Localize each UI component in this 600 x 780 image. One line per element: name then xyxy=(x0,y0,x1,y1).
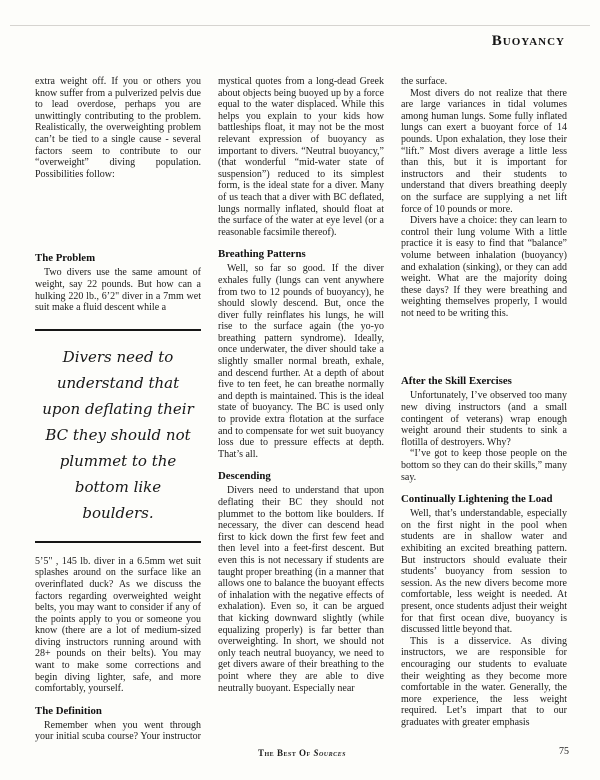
paragraph-descending: Divers need to understand that upon defl… xyxy=(218,485,384,694)
pull-quote-text: Divers need to understand that upon defl… xyxy=(42,348,194,522)
column-spacer xyxy=(401,319,567,365)
paragraph-keep-on-bottom: “I’ve got to keep those people on the bo… xyxy=(401,448,567,483)
journal-title-name: Sources xyxy=(313,748,346,758)
section-heading-breathing-patterns: Breathing Patterns xyxy=(218,248,384,261)
paragraph-remember-course: Remember when you went through your init… xyxy=(35,720,201,744)
column-left: extra weight off. If you or others you k… xyxy=(35,76,201,744)
paragraph-divers-choice: Divers have a choice: they can learn to … xyxy=(401,215,567,319)
paragraph-unfortunately: Unfortunately, I’ve observed too many ne… xyxy=(401,390,567,448)
magazine-page: Buoyancy extra weight off. If you or oth… xyxy=(0,0,600,780)
column-spacer xyxy=(35,180,201,242)
pull-quote: Divers need to understand that upon defl… xyxy=(35,329,201,543)
section-heading-lightening-the-load: Continually Lightening the Load xyxy=(401,493,567,506)
paragraph-mystical-quotes: mystical quotes from a long-dead Greek a… xyxy=(218,76,384,238)
section-heading-after-skill-exercises: After the Skill Exercises xyxy=(401,375,567,388)
paragraph-two-divers: Two divers use the same amount of weight… xyxy=(35,267,201,313)
paragraph-disservice: This is a disservice. As diving instruct… xyxy=(401,636,567,729)
article-columns: extra weight off. If you or others you k… xyxy=(35,76,569,744)
header-rule xyxy=(10,25,590,26)
section-heading-the-problem: The Problem xyxy=(35,252,201,265)
paragraph-small-diver: 5’5" , 145 lb. diver in a 6.5mm wet suit… xyxy=(35,556,201,695)
page-number: 75 xyxy=(559,746,569,757)
paragraph-tidal-volumes: Most divers do not realize that there ar… xyxy=(401,88,567,216)
paragraph-understandable: Well, that’s understandable, especially … xyxy=(401,508,567,636)
paragraph-the-surface: the surface. xyxy=(401,76,567,88)
journal-title: The Best Of Sources xyxy=(35,748,569,758)
paragraph-overweight-intro: extra weight off. If you or others you k… xyxy=(35,76,201,180)
page-footer: The Best Of Sources 75 xyxy=(35,748,569,758)
journal-title-prefix: The Best Of xyxy=(258,748,313,758)
paragraph-breathing: Well, so far so good. If the diver exhal… xyxy=(218,263,384,460)
column-middle: mystical quotes from a long-dead Greek a… xyxy=(218,76,384,744)
section-heading-descending: Descending xyxy=(218,470,384,483)
page-title: Buoyancy xyxy=(492,33,565,50)
column-right: the surface. Most divers do not realize … xyxy=(401,76,567,744)
section-heading-the-definition: The Definition xyxy=(35,705,201,718)
